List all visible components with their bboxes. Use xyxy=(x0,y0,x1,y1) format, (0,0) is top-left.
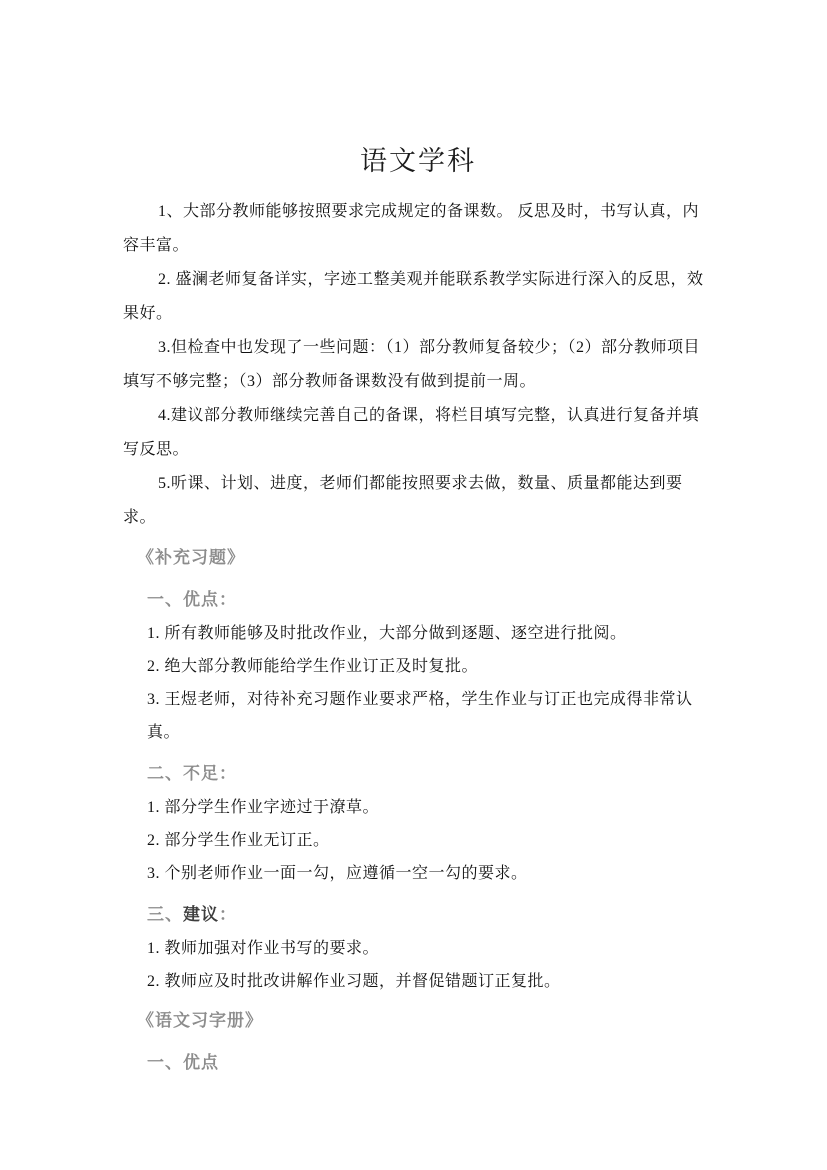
section-heading-text: 一、优点： xyxy=(147,590,237,609)
section-heading-text: 二、不足： xyxy=(147,764,237,783)
section-heading-emphasis: 建议 xyxy=(183,905,219,924)
cons-item-3: 3. 个别老师作业一面一勾，应遵循一空一勾的要求。 xyxy=(123,857,713,890)
section-heading-text: 一、优点 xyxy=(147,1053,219,1072)
suggestions-item-2: 2. 教师应及时批改讲解作业习题，并督促错题订正复批。 xyxy=(123,965,713,998)
section-heading-cons: 二、不足： xyxy=(123,757,713,791)
section-heading-pros: 一、优点： xyxy=(123,583,713,617)
opening-paragraph-4: 4.建议部分教师继续完善自己的备课，将栏目填写完整，认真进行复备并填写反思。 xyxy=(123,399,713,467)
opening-paragraph-1: 1、大部分教师能够按照要求完成规定的备课数。 反思及时，书写认真，内容丰富。 xyxy=(123,195,713,263)
cons-item-1: 1. 部分学生作业字迹过于潦草。 xyxy=(123,791,713,824)
pros-item-2: 2. 绝大部分教师能给学生作业订正及时复批。 xyxy=(123,650,713,683)
opening-paragraph-5: 5.听课、计划、进度，老师们都能按照要求去做，数量、质量都能达到要求。 xyxy=(123,467,713,535)
pros-item-3: 3. 王煜老师，对待补充习题作业要求严格，学生作业与订正也完成得非常认真。 xyxy=(123,683,713,749)
section-heading-colon: ： xyxy=(219,905,237,924)
document-content: 语文学科 1、大部分教师能够按照要求完成规定的备课数。 反思及时，书写认真，内容… xyxy=(123,141,713,1080)
page-title: 语文学科 xyxy=(123,141,713,181)
document-page: 语文学科 1、大部分教师能够按照要求完成规定的备课数。 反思及时，书写认真，内容… xyxy=(0,0,827,1170)
section-heading-text: 三、 xyxy=(147,905,183,924)
pros-item-1: 1. 所有教师能够及时批改作业，大部分做到逐题、逐空进行批阅。 xyxy=(123,617,713,650)
section-heading-suggestions: 三、建议： xyxy=(123,898,713,932)
book-title-supplement: 《补充习题》 xyxy=(123,541,713,575)
cons-item-2: 2. 部分学生作业无订正。 xyxy=(123,824,713,857)
opening-paragraph-3: 3.但检查中也发现了一些问题：（1）部分教师复备较少；（2）部分教师项目填写不够… xyxy=(123,331,713,399)
opening-paragraph-2: 2. 盛澜老师复备详实，字迹工整美观并能联系教学实际进行深入的反思，效果好。 xyxy=(123,263,713,331)
section-heading-copybook-pros: 一、优点 xyxy=(123,1046,713,1080)
suggestions-item-1: 1. 教师加强对作业书写的要求。 xyxy=(123,932,713,965)
book-title-copybook: 《语文习字册》 xyxy=(123,1004,713,1038)
